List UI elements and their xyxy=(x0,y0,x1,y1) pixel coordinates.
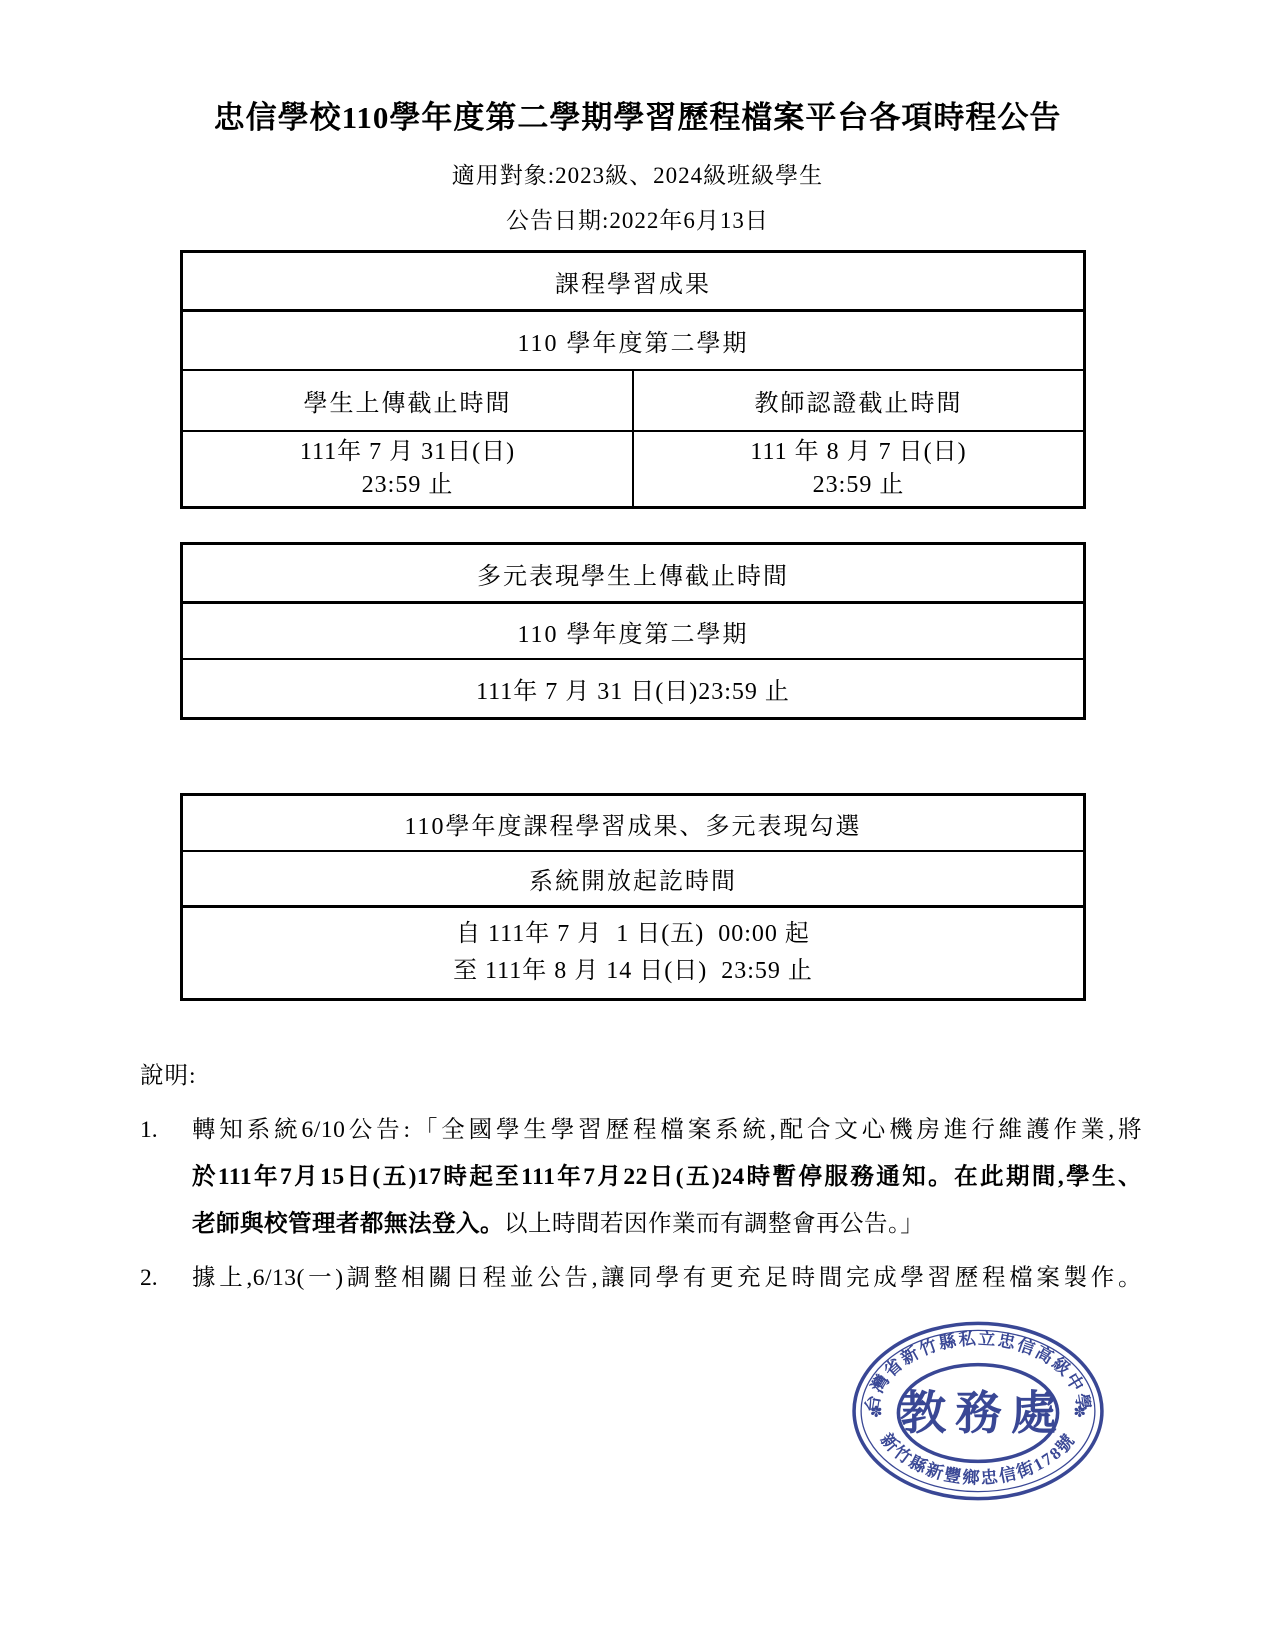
note-line: 老師與校管理者都無法登入。以上時間若因作業而有調整會再公告。」 xyxy=(192,1201,1142,1248)
stamp-center-text: 教務處 xyxy=(900,1388,1066,1440)
student-upload-header-cell: 學生上傳截止時間 xyxy=(182,370,634,431)
semester-cell: 110 學年度第二學期 xyxy=(182,311,1085,371)
table-row: 學生上傳截止時間 教師認證截止時間 xyxy=(182,370,1085,431)
student-upload-deadline-cell: 111年 7 月 31日(日) 23:59 止 xyxy=(182,431,634,508)
semester-cell: 110 學年度第二學期 xyxy=(182,603,1085,660)
course-results-title-cell: 課程學習成果 xyxy=(182,252,1085,311)
announcement-document: 忠信學校110學年度第二學期學習歷程檔案平台各項時程公告 適用對象:2023級、… xyxy=(0,0,1275,1650)
teacher-cert-deadline-cell: 111 年 8 月 7 日(日) 23:59 止 xyxy=(633,431,1085,508)
note-number: 2. xyxy=(140,1255,192,1302)
note-text-segment: 據上,6/13(一)調整相關日程並公告,讓同學有更充足時間完成學習歷程檔案製作。 xyxy=(192,1265,1142,1291)
note-text-segment-bold: 老師與校管理者都無法登入。 xyxy=(192,1211,504,1237)
deadline-date: 111年 7 月 31 日(日)23:59 止 xyxy=(183,671,1083,706)
deadline-time: 23:59 止 xyxy=(183,469,632,502)
page-title: 忠信學校110學年度第二學期學習歷程檔案平台各項時程公告 xyxy=(0,92,1275,137)
table-row: 111年 7 月 31日(日) 23:59 止 111 年 8 月 7 日(日)… xyxy=(182,431,1085,508)
system-open-period-cell: 自 111年 7 月 1 日(五) 00:00 起 至 111年 8 月 14 … xyxy=(182,907,1085,1000)
table-row: 課程學習成果 xyxy=(182,252,1085,311)
note-text-segment: 轉知系統6/10公告:「全國學生學習歷程檔案系統,配合文心機房進行維護作業,將 xyxy=(192,1117,1142,1143)
notes-label: 說明: xyxy=(140,1060,1142,1092)
selection-period-table: 110學年度課程學習成果、多元表現勾選 系統開放起訖時間 自 111年 7 月 … xyxy=(180,793,1086,1001)
note-body: 轉知系統6/10公告:「全國學生學習歷程檔案系統,配合文心機房進行維護作業,將 … xyxy=(192,1107,1142,1248)
teacher-cert-header-cell: 教師認證截止時間 xyxy=(633,370,1085,431)
diverse-title-cell: 多元表現學生上傳截止時間 xyxy=(182,544,1085,603)
announce-date-line: 公告日期:2022年6月13日 xyxy=(0,202,1275,235)
period-start-line: 自 111年 7 月 1 日(五) 00:00 起 xyxy=(183,916,1083,953)
table-row: 110 學年度第二學期 xyxy=(182,311,1085,371)
table-row: 系統開放起訖時間 xyxy=(182,851,1085,907)
period-end-line: 至 111年 8 月 14 日(日) 23:59 止 xyxy=(183,953,1083,990)
note-line: 據上,6/13(一)調整相關日程並公告,讓同學有更充足時間完成學習歷程檔案製作。 xyxy=(192,1255,1142,1302)
table-row: 110學年度課程學習成果、多元表現勾選 xyxy=(182,795,1085,852)
table-row: 自 111年 7 月 1 日(五) 00:00 起 至 111年 8 月 14 … xyxy=(182,907,1085,1000)
diverse-performance-table: 多元表現學生上傳截止時間 110 學年度第二學期 111年 7 月 31 日(日… xyxy=(180,542,1086,720)
note-line: 轉知系統6/10公告:「全國學生學習歷程檔案系統,配合文心機房進行維護作業,將 xyxy=(192,1107,1142,1154)
note-line: 於111年7月15日(五)17時起至111年7月22日(五)24時暫停服務通知。… xyxy=(192,1154,1142,1201)
flower-icon-left: ✽ xyxy=(870,1403,883,1421)
note-text-segment-bold: 於111年7月15日(五)17時起至111年7月22日(五)24時暫停服務通知。… xyxy=(192,1164,1142,1190)
audience-line: 適用對象:2023級、2024級班級學生 xyxy=(0,157,1275,190)
selection-title-cell: 110學年度課程學習成果、多元表現勾選 xyxy=(182,795,1085,852)
deadline-date: 111 年 8 月 7 日(日) xyxy=(634,436,1083,469)
note-text-segment: 以上時間若因作業而有調整會再公告。」 xyxy=(504,1211,924,1237)
system-open-subtitle-cell: 系統開放起訖時間 xyxy=(182,851,1085,907)
table-row: 111年 7 月 31 日(日)23:59 止 xyxy=(182,659,1085,719)
notes-section: 說明: 1. 轉知系統6/10公告:「全國學生學習歷程檔案系統,配合文心機房進行… xyxy=(140,1060,1142,1309)
flower-icon-right: ✽ xyxy=(1073,1403,1086,1421)
note-number: 1. xyxy=(140,1107,192,1248)
office-stamp: 台灣省新竹縣私立忠信高級中學 新竹縣新豐鄉忠信街178號 教務處 ✽ ✽ xyxy=(846,1316,1110,1506)
table-row: 多元表現學生上傳截止時間 xyxy=(182,544,1085,603)
course-results-table: 課程學習成果 110 學年度第二學期 學生上傳截止時間 教師認證截止時間 111… xyxy=(180,250,1086,509)
note-body: 據上,6/13(一)調整相關日程並公告,讓同學有更充足時間完成學習歷程檔案製作。 xyxy=(192,1255,1142,1302)
deadline-time: 23:59 止 xyxy=(634,469,1083,502)
table-row: 110 學年度第二學期 xyxy=(182,603,1085,660)
note-item-1: 1. 轉知系統6/10公告:「全國學生學習歷程檔案系統,配合文心機房進行維護作業… xyxy=(140,1107,1142,1248)
note-item-2: 2. 據上,6/13(一)調整相關日程並公告,讓同學有更充足時間完成學習歷程檔案… xyxy=(140,1255,1142,1302)
deadline-date: 111年 7 月 31日(日) xyxy=(183,436,632,469)
diverse-deadline-cell: 111年 7 月 31 日(日)23:59 止 xyxy=(182,659,1085,719)
